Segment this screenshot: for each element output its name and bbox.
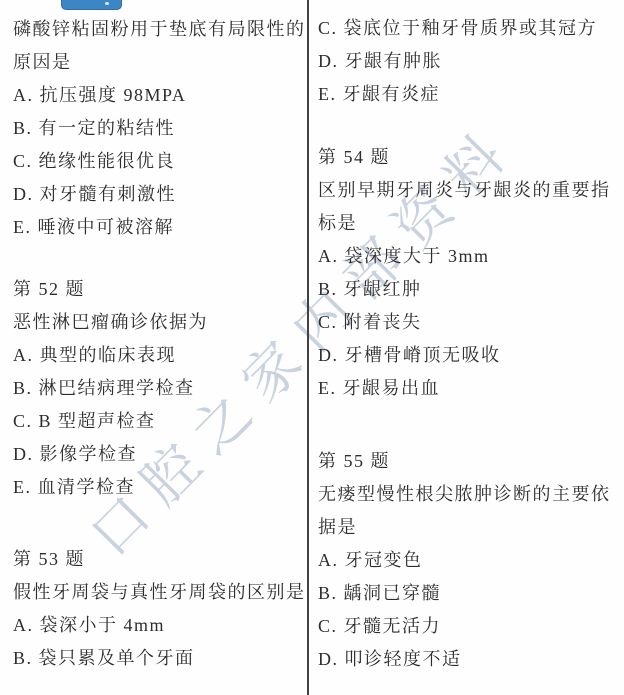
option-a-line: A. 典型的临床表现	[13, 339, 303, 372]
left-column: 磷酸锌粘固粉用于垫底有局限性的 原因是 A. 抗压强度 98MPA B. 有一定…	[13, 0, 303, 695]
button-glyph-icon	[105, 2, 109, 5]
question-stem-line: 假性牙周袋与真性牙周袋的区别是	[13, 576, 303, 609]
question-52-block: 第 52 题 恶性淋巴瘤确诊依据为 A. 典型的临床表现 B. 淋巴结病理学检查…	[13, 273, 303, 504]
option-e-line: E. 血清学检查	[13, 471, 303, 504]
option-c-line: C. 牙髓无活力	[318, 610, 620, 643]
question-stem-line: 磷酸锌粘固粉用于垫底有局限性的	[13, 13, 303, 46]
question-55-block: 第 55 题 无瘘型慢性根尖脓肿诊断的主要依 据是 A. 牙冠变色 B. 龋洞已…	[318, 445, 620, 676]
option-d-line: D. 牙槽骨嵴顶无吸收	[318, 339, 620, 372]
question-stem-line: 标是	[318, 207, 620, 240]
question-stem-line: 据是	[318, 511, 620, 544]
top-partial-button[interactable]	[61, 0, 122, 10]
question-stem-line: 原因是	[13, 46, 303, 79]
question-53-continued-block: C. 袋底位于釉牙骨质界或其冠方 D. 牙龈有肿胀 E. 牙龈有炎症	[318, 12, 620, 111]
column-divider	[307, 0, 309, 695]
question-stem-line: 无瘘型慢性根尖脓肿诊断的主要依	[318, 478, 620, 511]
option-b-line: B. 牙龈红肿	[318, 273, 620, 306]
question-stem-line: 区别早期牙周炎与牙龈炎的重要指	[318, 174, 620, 207]
option-e-line: E. 唾液中可被溶解	[13, 211, 303, 244]
question-number-line: 第 54 题	[318, 141, 620, 174]
question-number-line: 第 52 题	[13, 273, 303, 306]
option-d-line: D. 牙龈有肿胀	[318, 45, 620, 78]
right-column: C. 袋底位于釉牙骨质界或其冠方 D. 牙龈有肿胀 E. 牙龈有炎症 第 54 …	[318, 0, 620, 695]
option-c-line: C. 绝缘性能很优良	[13, 145, 303, 178]
exam-question-page: 口腔之家内部资料 磷酸锌粘固粉用于垫底有局限性的 原因是 A. 抗压强度 98M…	[0, 0, 624, 695]
option-d-line: D. 影像学检查	[13, 438, 303, 471]
option-a-line: A. 抗压强度 98MPA	[13, 79, 303, 112]
option-a-line: A. 牙冠变色	[318, 544, 620, 577]
question-number-line: 第 55 题	[318, 445, 620, 478]
option-c-line: C. 附着丧失	[318, 306, 620, 339]
option-e-line: E. 牙龈易出血	[318, 372, 620, 405]
option-c-line: C. B 型超声检查	[13, 405, 303, 438]
option-e-line: E. 牙龈有炎症	[318, 78, 620, 111]
option-d-line: D. 叩诊轻度不适	[318, 643, 620, 676]
question-number-line: 第 53 题	[13, 543, 303, 576]
option-b-line: B. 袋只累及单个牙面	[13, 642, 303, 675]
question-51-block: 磷酸锌粘固粉用于垫底有局限性的 原因是 A. 抗压强度 98MPA B. 有一定…	[13, 13, 303, 244]
question-53-block: 第 53 题 假性牙周袋与真性牙周袋的区别是 A. 袋深小于 4mm B. 袋只…	[13, 543, 303, 675]
option-d-line: D. 对牙髓有刺激性	[13, 178, 303, 211]
question-54-block: 第 54 题 区别早期牙周炎与牙龈炎的重要指 标是 A. 袋深度大于 3mm B…	[318, 141, 620, 405]
option-a-line: A. 袋深度大于 3mm	[318, 240, 620, 273]
option-b-line: B. 有一定的粘结性	[13, 112, 303, 145]
option-c-line: C. 袋底位于釉牙骨质界或其冠方	[318, 12, 620, 45]
question-stem-line: 恶性淋巴瘤确诊依据为	[13, 306, 303, 339]
option-b-line: B. 淋巴结病理学检查	[13, 372, 303, 405]
option-a-line: A. 袋深小于 4mm	[13, 609, 303, 642]
option-b-line: B. 龋洞已穿髓	[318, 577, 620, 610]
